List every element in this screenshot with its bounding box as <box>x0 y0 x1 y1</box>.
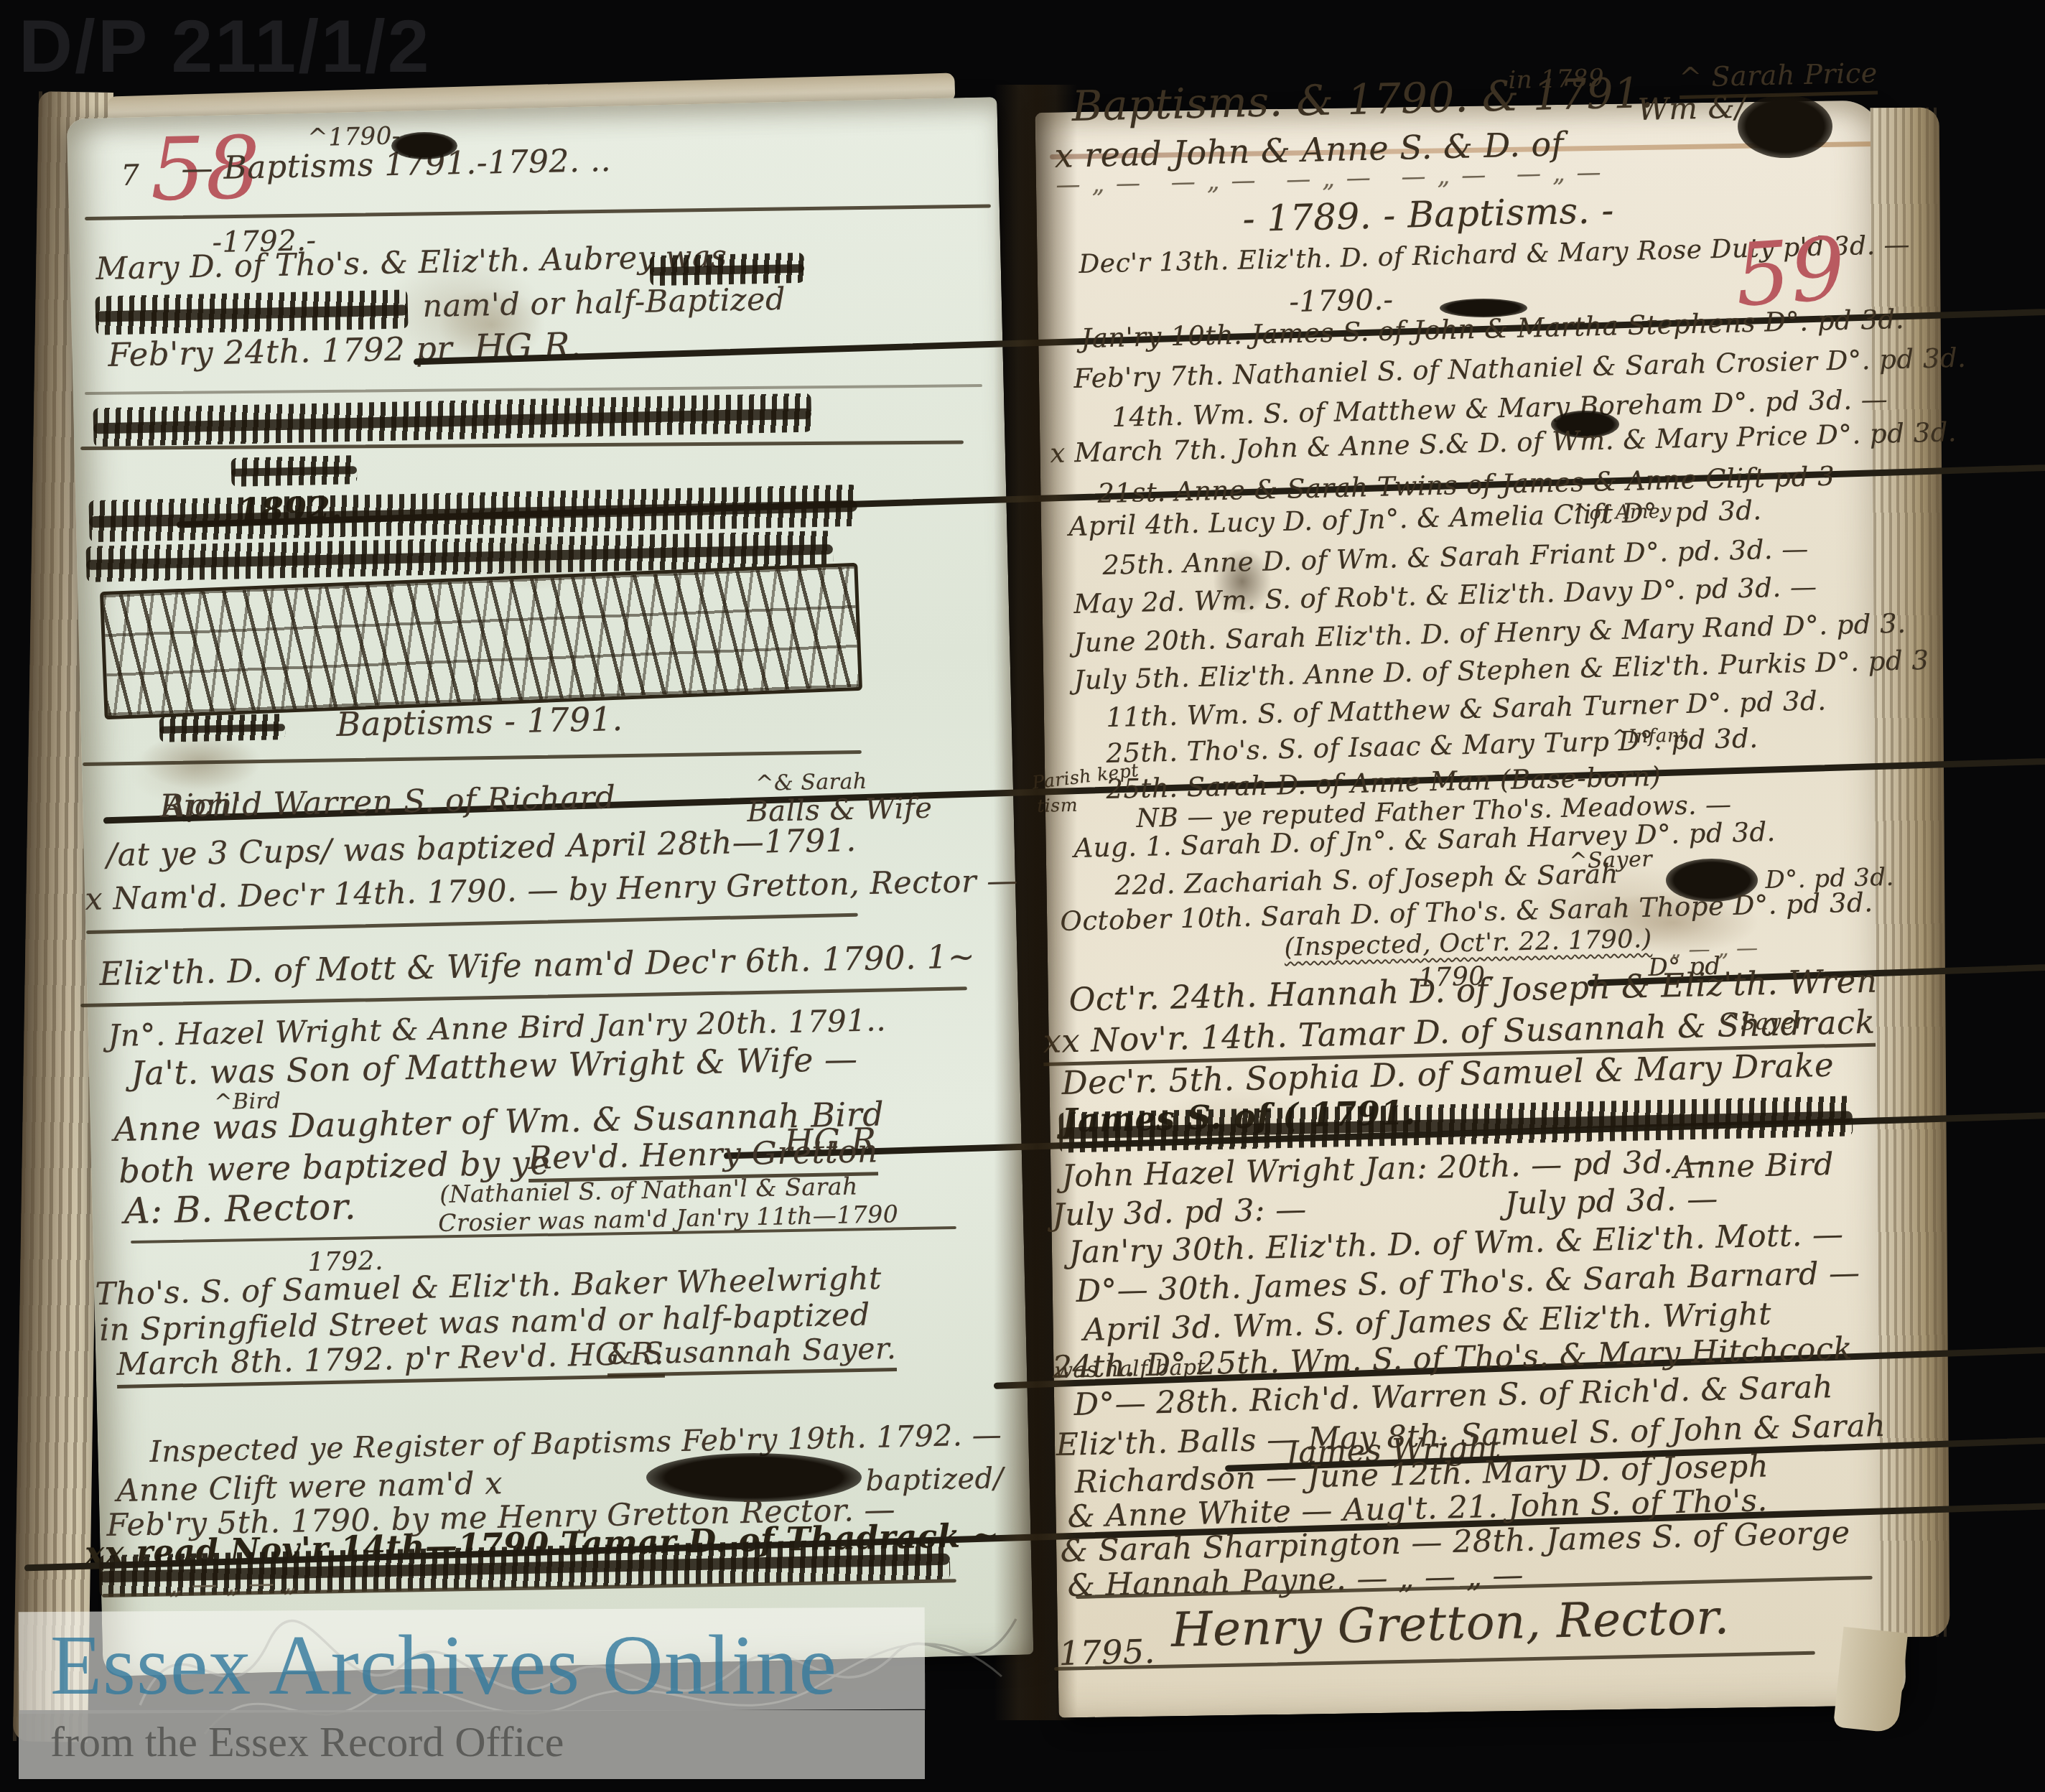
torn-page-tab <box>1833 1627 1908 1734</box>
inserted-name: ^& Sarah <box>755 769 867 796</box>
inserted-name: ^ Sarah Price <box>1679 57 1878 98</box>
archive-reference: D/P 211/1/2 <box>19 4 432 90</box>
watermark-subtitle: from the Essex Record Office <box>50 1717 564 1767</box>
section-heading: Baptisms - 1791. <box>336 699 623 744</box>
section-heading: - 1789. - Baptisms. - <box>1242 190 1614 240</box>
scanned-register-spread: D/P 211/1/2 7 58 ^1790- — Baptisms 1791.… <box>0 0 2045 1792</box>
crossed-out-scribble <box>95 289 408 335</box>
crossed-out-scribble <box>159 714 286 742</box>
crossed-out-scribble <box>231 455 358 487</box>
register-entry: July pd 3d. — <box>1504 1181 1718 1222</box>
watermark-title: Essex Archives Online <box>50 1617 837 1714</box>
book-gutter <box>994 85 1077 1720</box>
register-entry: July 3d. pd 3: — <box>1052 1192 1307 1233</box>
ditto-marks: „ — „ — <box>1669 935 1758 963</box>
register-line: nam'd or half-Baptized <box>422 281 786 325</box>
register-line: & Susannah Sayer. <box>607 1331 897 1377</box>
folio-mark: 7 <box>121 159 140 192</box>
register-line: A: B. Rector. <box>124 1186 357 1232</box>
inserted-note: ^Infant <box>1612 725 1687 748</box>
inserted-name: ^Sayer <box>1569 846 1652 874</box>
ink-blot <box>391 132 457 159</box>
ink-blot <box>1738 95 1832 158</box>
register-line: Feb'ry 24th. 1792 pr <box>108 329 453 374</box>
register-entry: Anne Bird <box>1673 1147 1835 1186</box>
year-heading: -1790.- <box>1289 284 1394 319</box>
